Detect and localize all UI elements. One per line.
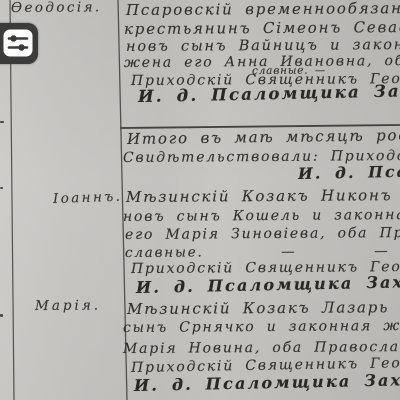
summary-line: Итого въ маѣ мѣсяцѣ роди xyxy=(127,128,400,147)
record-line: новъ сынъ Вайницъ и закон xyxy=(126,38,400,54)
register-scan-page: Ѳеодосія. Іоаннъ. Марія. Псаровскій врем… xyxy=(0,0,400,400)
ink-speck xyxy=(0,187,3,189)
baptized-name-feodosia: Ѳеодосія. xyxy=(11,1,102,15)
clerk-signature-line: И. д. Псаломщика Захарій xyxy=(138,82,400,105)
baptized-name-ioann: Іоаннъ. xyxy=(53,191,123,207)
record-line: крестьянинъ Сімеонъ Севас xyxy=(124,20,400,37)
ink-speck xyxy=(0,121,4,123)
ink-speck xyxy=(0,314,3,317)
record-line: его Марія Зиновіева, оба Пра xyxy=(125,226,400,242)
record-line: Марія Новина, оба Правосла xyxy=(123,340,400,356)
clerk-signature-line: И. д. Псаломщика Захарій xyxy=(134,371,400,394)
record-line: славные. — — — xyxy=(125,245,400,261)
filter-overlay-button[interactable] xyxy=(0,23,38,64)
record-line: сынъ Срнячко и законная жен xyxy=(123,319,400,335)
clerk-signature-line: И. д. Псаломщика Захарій xyxy=(136,273,400,296)
sliders-icon xyxy=(3,29,33,57)
record-line: Мѣзинскій Козакъ Никонъ Пла xyxy=(126,188,400,205)
record-line: Псаровскій временнообязан xyxy=(126,1,400,18)
record-line: новъ сынъ Кошель и законная ж xyxy=(123,208,400,224)
record-line: Мѣзинскій Козакъ Лазарь Ко xyxy=(127,300,400,317)
baptized-name-maria: Марія. xyxy=(35,300,101,314)
clerk-signature-line: И. д. Псал xyxy=(298,163,400,181)
